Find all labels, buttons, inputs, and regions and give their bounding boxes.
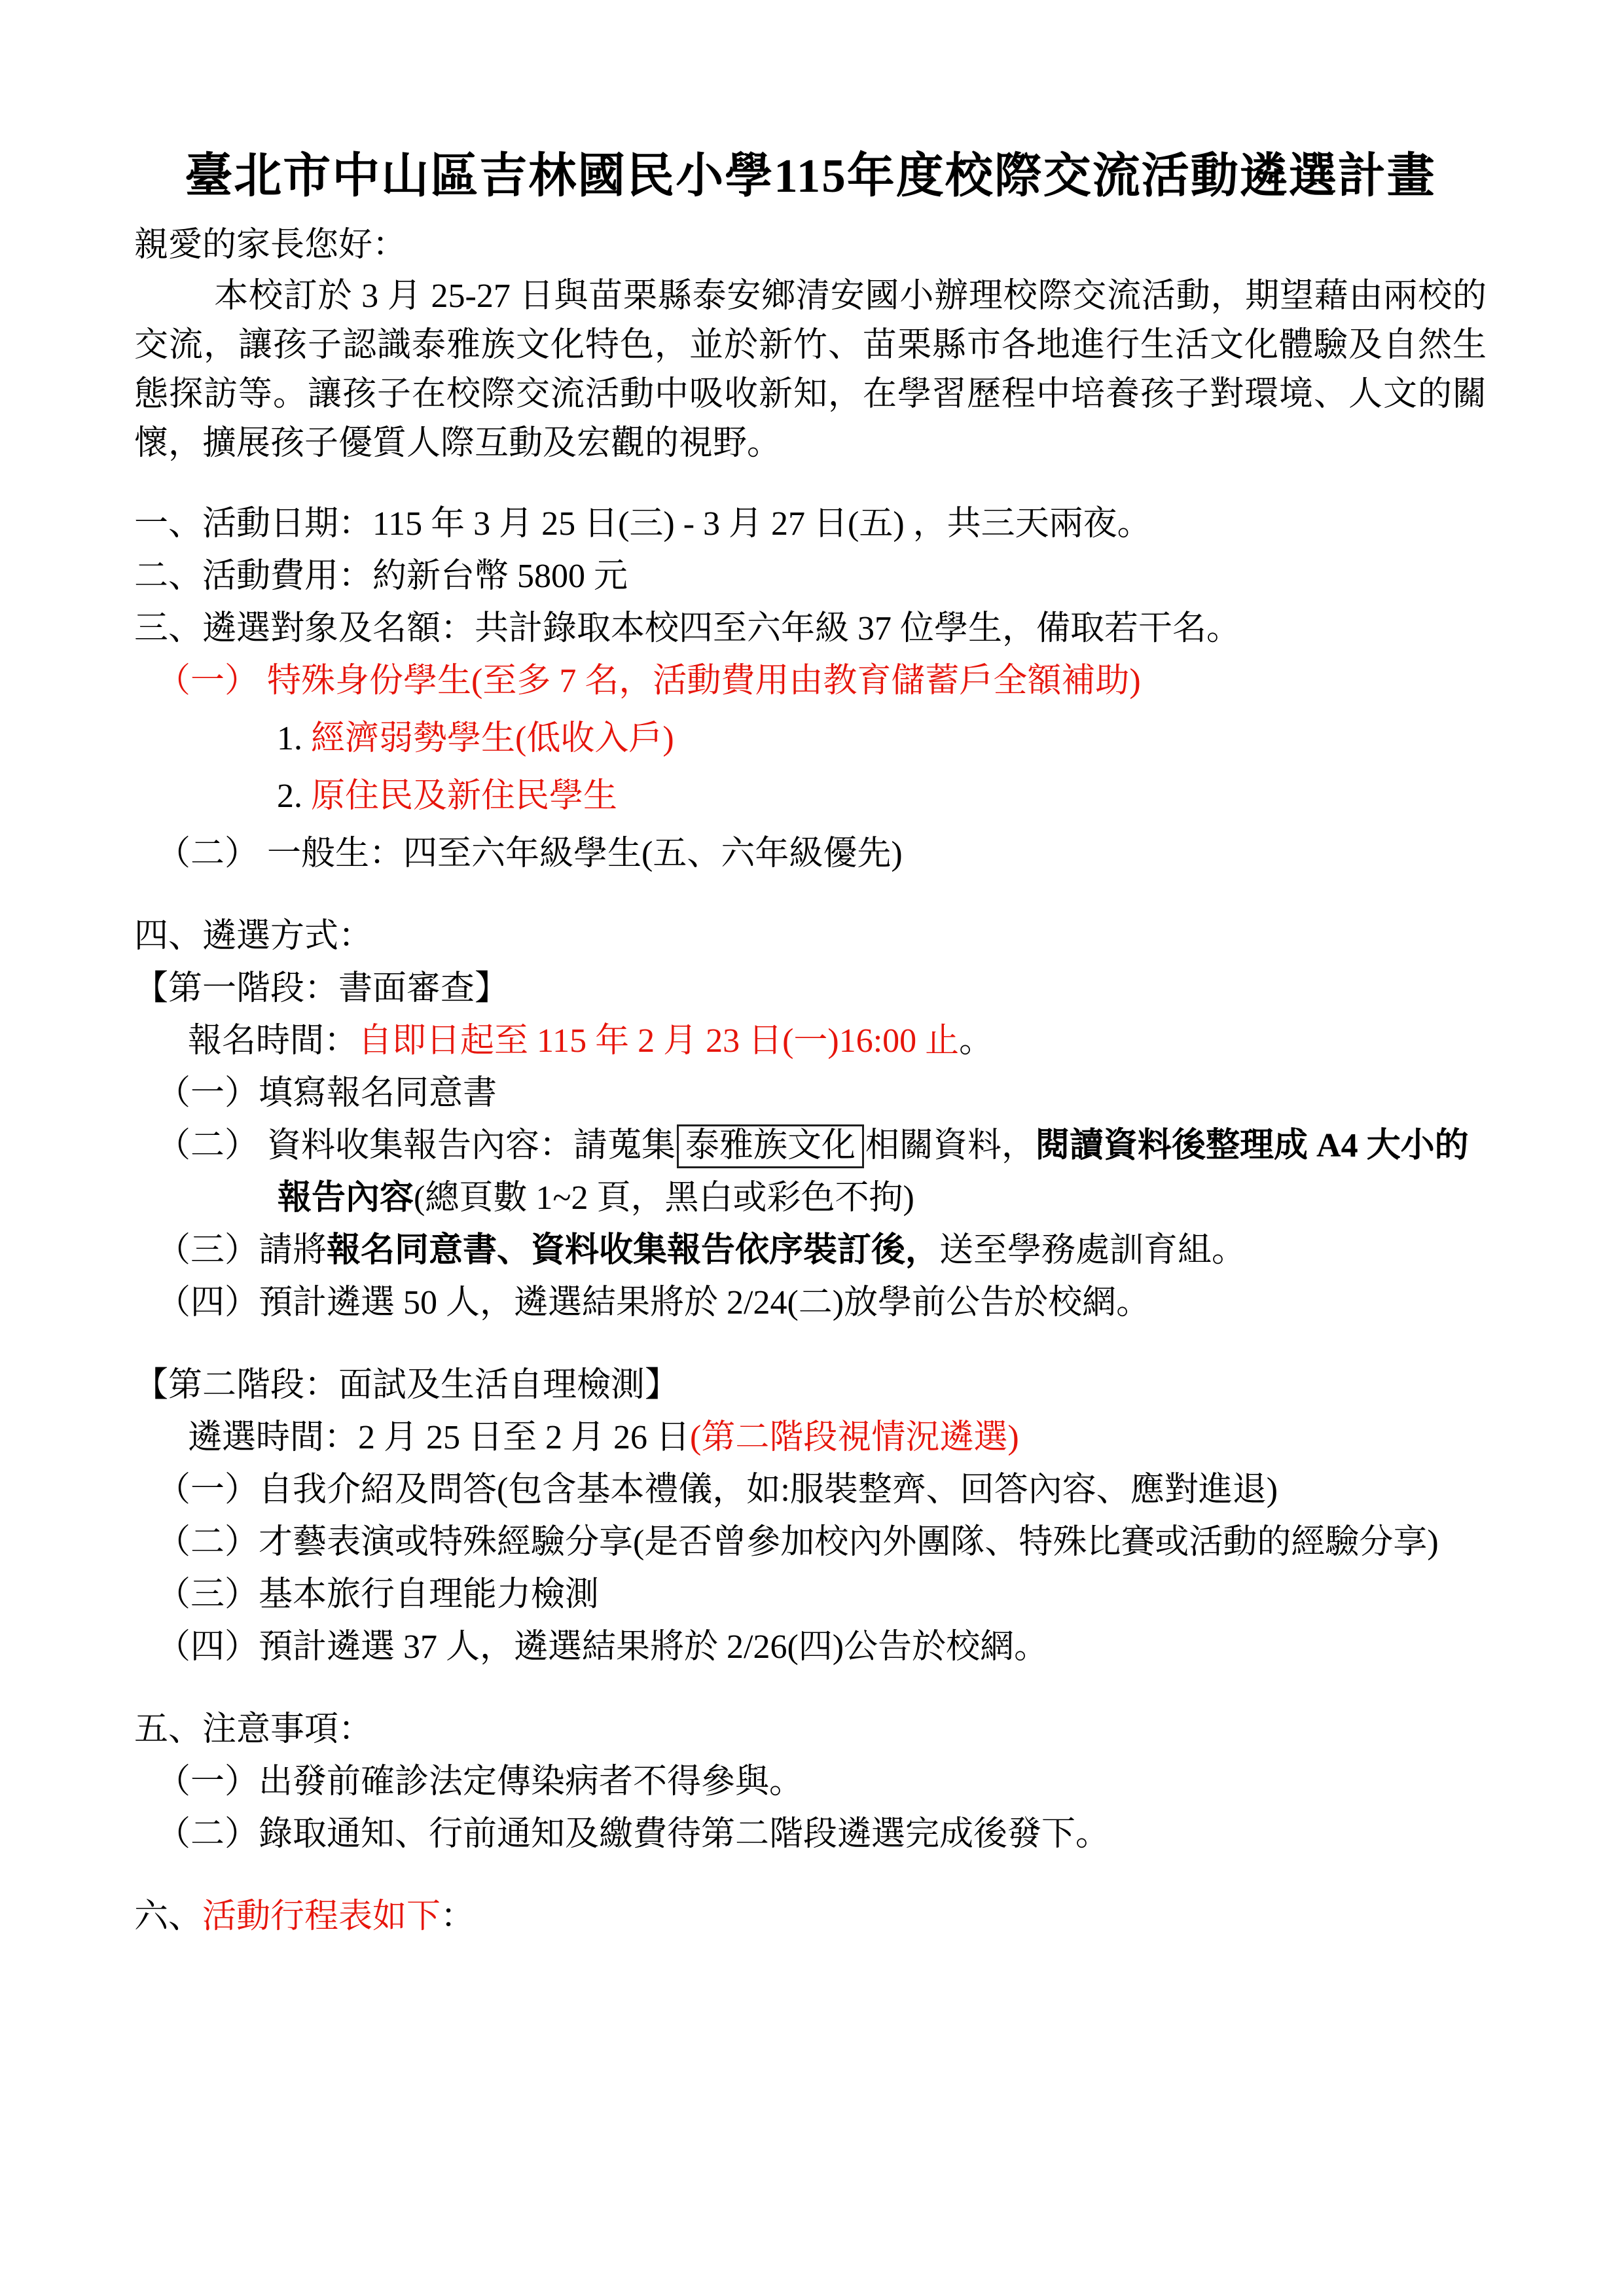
text-run: 一、活動日期：115 年 3 月 25 日(三) - 3 月 27 日(五) ，…	[134, 505, 1151, 543]
stage-2-item-2: （二）才藝表演或特殊經驗分享(是否曾參加校內外團隊、特殊比賽或活動的經驗分享)	[134, 1516, 1487, 1569]
text-run: 六、	[134, 1898, 202, 1935]
text-run: 親愛的家長您好：	[134, 226, 406, 264]
greeting-line: 親愛的家長您好：	[134, 219, 1487, 272]
text-run: 活動行程表如下	[202, 1898, 441, 1935]
item-3-2-general-students: （二） 一般生：四至六年級學生(五、六年級優先)	[134, 828, 1487, 880]
text-run: （二） 一般生：四至六年級學生(五、六年級優先)	[156, 835, 903, 872]
text-run: （一）填寫報名同意書	[156, 1075, 497, 1112]
stage-1-item-1: （一）填寫報名同意書	[134, 1067, 1487, 1120]
text-run: 相關資料，	[865, 1127, 1036, 1164]
item-2-activity-fee: 二、活動費用：約新台幣 5800 元	[134, 550, 1487, 603]
text-run: 報名時間：	[188, 1022, 358, 1060]
text-run: 1.	[277, 720, 311, 757]
text-run: ：	[441, 1898, 475, 1935]
item-5-notes: 五、注意事項：	[134, 1704, 1487, 1756]
text-run: （一）自我介紹及問答(包含基本禮儀，如:服裝整齊、回答內容、應對進退)	[156, 1471, 1278, 1509]
stage-2-selection-time: 遴選時間：2 月 25 日至 2 月 26 日(第二階段視情況遴選)	[134, 1412, 1487, 1464]
item-5-2-notice: （二）錄取通知、行前通知及繳費待第二階段遴選完成後發下。	[134, 1808, 1487, 1861]
text-run: 本校訂於 3 月 25-27 日與苗栗縣泰安鄉清安國小辦理校際交流活動，期望藉由…	[134, 278, 1487, 462]
item-5-1-disease: （一）出發前確診法定傳染病者不得參與。	[134, 1756, 1487, 1808]
stage-1-item-3: （三）請將報名同意書、資料收集報告依序裝訂後，送至學務處訓育組。	[134, 1225, 1487, 1277]
text-run: 【第二階段：面試及生活自理檢測】	[134, 1367, 679, 1404]
text-run: 經濟弱勢學生(低收入戶)	[311, 720, 674, 757]
item-6-schedule: 六、活動行程表如下：	[134, 1891, 1487, 1943]
stage-1-item-2: （二） 資料收集報告內容：請蒐集泰雅族文化相關資料，閱讀資料後整理成 A4 大小…	[134, 1120, 1487, 1225]
stage-2-header: 【第二階段：面試及生活自理檢測】	[134, 1359, 1487, 1412]
text-run: 四、遴選方式：	[134, 918, 372, 955]
item-3-selection-target: 三、遴選對象及名額：共計錄取本校四至六年級 37 位學生，備取若干名。	[134, 603, 1487, 655]
text-run: （二） 資料收集報告內容：請蒐集	[156, 1127, 676, 1164]
item-4-selection-method: 四、遴選方式：	[134, 910, 1487, 963]
text-run: 自即日起至 115 年 2 月 23 日(一)16:00 止	[358, 1022, 959, 1060]
text-run: 送至學務處訓育組。	[939, 1232, 1246, 1269]
text-run: （三）請將	[156, 1232, 327, 1269]
text-run: (第二階段視情況遴選)	[690, 1419, 1019, 1456]
text-run: 原住民及新住民學生	[311, 778, 617, 815]
text-run: （四）預計遴選 50 人，遴選結果將於 2/24(二)放學前公告於校網。	[156, 1284, 1150, 1321]
text-run: 【第一階段：書面審查】	[134, 970, 509, 1007]
text-run: 遴選時間：2 月 25 日至 2 月 26 日	[188, 1419, 690, 1456]
document-title: 臺北市中山區吉林國民小學115年度校際交流活動遴選計畫	[134, 147, 1487, 205]
stage-2-item-1: （一）自我介紹及問答(包含基本禮儀，如:服裝整齊、回答內容、應對進退)	[134, 1464, 1487, 1516]
text-run: 二、活動費用：約新台幣 5800 元	[134, 558, 628, 595]
stage-2-item-4: （四）預計遴選 37 人，遴選結果將於 2/26(四)公告於校網。	[134, 1621, 1487, 1674]
stage-2-item-3: （三）基本旅行自理能力檢測	[134, 1569, 1487, 1621]
scanned-document-page: 臺北市中山區吉林國民小學115年度校際交流活動遴選計畫 親愛的家長您好：本校訂於…	[0, 0, 1624, 2296]
item-3-1-special-students: （一） 特殊身份學生(至多 7 名，活動費用由教育儲蓄戶全額補助)	[134, 655, 1487, 708]
text-run: （三）基本旅行自理能力檢測	[156, 1576, 599, 1613]
text-run: 三、遴選對象及名額：共計錄取本校四至六年級 37 位學生，備取若干名。	[134, 610, 1240, 647]
document-body: 親愛的家長您好：本校訂於 3 月 25-27 日與苗栗縣泰安鄉清安國小辦理校際交…	[134, 219, 1487, 1943]
text-run: 五、注意事項：	[134, 1711, 372, 1748]
text-run: （一）出發前確診法定傳染病者不得參與。	[156, 1763, 803, 1801]
stage-1-item-4: （四）預計遴選 50 人，遴選結果將於 2/24(二)放學前公告於校網。	[134, 1277, 1487, 1329]
boxed-term: 泰雅族文化	[677, 1124, 864, 1168]
stage-1-header: 【第一階段：書面審查】	[134, 963, 1487, 1015]
text-run: 報名同意書、資料收集報告依序裝訂後，	[327, 1232, 939, 1269]
text-run: （二）錄取通知、行前通知及繳費待第二階段遴選完成後發下。	[156, 1816, 1110, 1853]
intro-paragraph: 本校訂於 3 月 25-27 日與苗栗縣泰安鄉清安國小辦理校際交流活動，期望藉由…	[134, 272, 1487, 468]
text-run: （二）才藝表演或特殊經驗分享(是否曾參加校內外團隊、特殊比賽或活動的經驗分享)	[156, 1524, 1439, 1561]
text-run: （一） 特殊身份學生(至多 7 名，活動費用由教育儲蓄戶全額補助)	[156, 662, 1141, 700]
document-content: 臺北市中山區吉林國民小學115年度校際交流活動遴選計畫 親愛的家長您好：本校訂於…	[134, 147, 1487, 1943]
text-run: (總頁數 1~2 頁，黑白或彩色不拘)	[414, 1179, 914, 1217]
stage-1-signup-time: 報名時間：自即日起至 115 年 2 月 23 日(一)16:00 止。	[134, 1015, 1487, 1067]
text-run: （四）預計遴選 37 人，遴選結果將於 2/26(四)公告於校網。	[156, 1628, 1048, 1666]
text-run: 。	[959, 1022, 993, 1060]
text-run: 2.	[277, 778, 311, 815]
item-3-1-1-low-income: 1. 經濟弱勢學生(低收入戶)	[134, 713, 1487, 765]
item-3-1-2-indigenous: 2. 原住民及新住民學生	[134, 770, 1487, 823]
item-1-activity-date: 一、活動日期：115 年 3 月 25 日(三) - 3 月 27 日(五) ，…	[134, 498, 1487, 550]
